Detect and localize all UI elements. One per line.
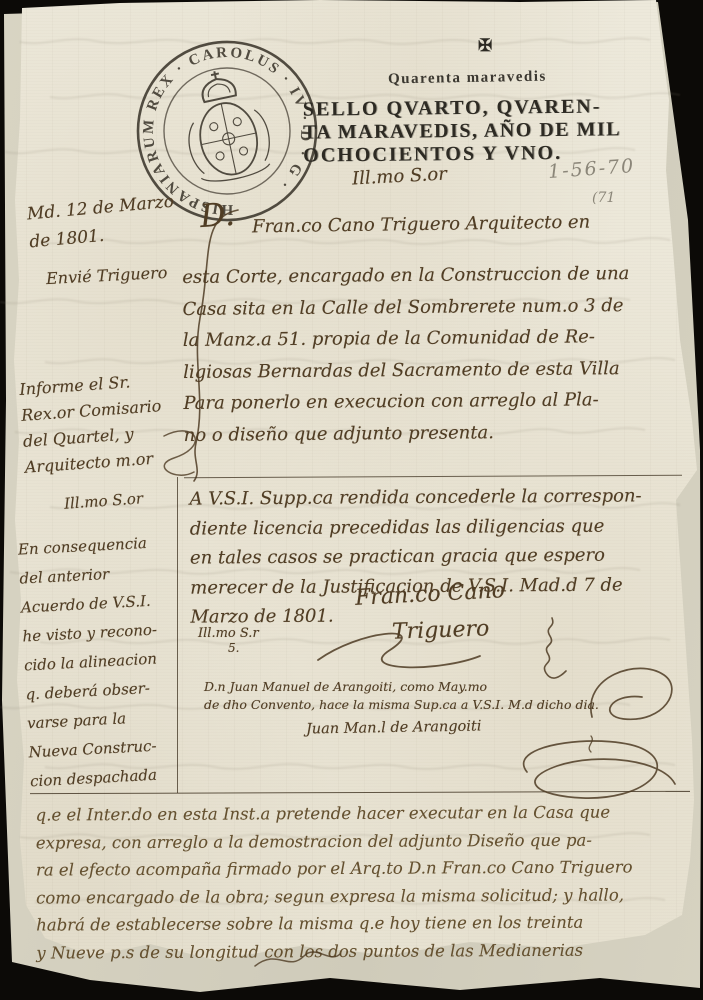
- report-line: como encargado de la obra; segun expresa…: [36, 881, 633, 912]
- request-line: diente licencia precedidas las diligenci…: [190, 511, 642, 544]
- page-number: (71: [592, 190, 615, 206]
- report-line: q.e el Inter.do en esta Inst.a pretende …: [36, 798, 633, 829]
- report-block: q.e el Inter.do en esta Inst.a pretende …: [36, 798, 633, 966]
- stamp-line: SELLO QVARTO, QVAREN-: [303, 95, 621, 121]
- petition-line: ligiosas Bernardas del Sacramento de est…: [183, 353, 630, 388]
- stamp-tax-line: Quarenta maravedis: [388, 69, 547, 89]
- report-line: expresa, con arreglo a la demostracion d…: [36, 826, 633, 857]
- petition-line: esta Corte, encargado en la Construccion…: [182, 258, 629, 293]
- report-end-squiggle: [250, 948, 345, 974]
- secondary-line: de dho Convento, hace la misma Sup.ca a …: [204, 696, 599, 714]
- margin-report-note: En consequencia del anterior Acuerdo de …: [17, 529, 165, 797]
- report-line: ra el efecto acompaña firmado por el Arq…: [36, 853, 633, 884]
- stamp-text-block: SELLO QVARTO, QVAREN- TA MARAVEDIS, AÑO …: [303, 95, 622, 167]
- secondary-petition-block: D.n Juan Manuel de Arangoiti, como May.m…: [204, 678, 599, 714]
- secondary-number: 5.: [228, 641, 239, 655]
- request-line: en tales casos se practican gracia que e…: [190, 540, 642, 573]
- request-line: A V.S.I. Supp.ca rendida concederle la c…: [189, 481, 641, 514]
- report-line: habrá de establecerse sobre la misma q.e…: [36, 908, 633, 939]
- request-block: A V.S.I. Supp.ca rendida concederle la c…: [189, 481, 642, 632]
- arangoiti-rubric-upper: [580, 655, 690, 735]
- signature-arangoiti: Juan Man.l de Arangoiti: [306, 718, 482, 737]
- margin-decree-note: Informe el Sr. Rex.or Comisario del Quar…: [19, 367, 166, 481]
- petition-body: esta Corte, encargado en la Construccion…: [182, 258, 631, 451]
- secondary-salutation: Ill.mo S.r: [198, 626, 259, 641]
- petition-line: Casa sita en la Calle del Sombrerete num…: [182, 290, 629, 325]
- petition-line: la Manz.a 51. propia de la Comunidad de …: [183, 321, 630, 356]
- box-left-rule: [177, 477, 178, 793]
- maltese-cross-icon: ✠: [478, 36, 492, 56]
- secondary-line: D.n Juan Manuel de Arangoiti, como May.m…: [204, 678, 599, 696]
- stamp-line: TA MARAVEDIS, AÑO DE MIL: [303, 118, 621, 144]
- petition-line: no o diseño que adjunto presenta.: [184, 416, 631, 451]
- coat-of-arms-icon: [182, 95, 276, 186]
- petition-initial: D.: [199, 195, 236, 235]
- petition-line: Para ponerlo en execucion con arreglo al…: [183, 384, 630, 419]
- arangoiti-rubric-lower: [495, 732, 685, 804]
- manuscript-photo: { "page": { "background_color": "#0c0a07…: [0, 0, 703, 1000]
